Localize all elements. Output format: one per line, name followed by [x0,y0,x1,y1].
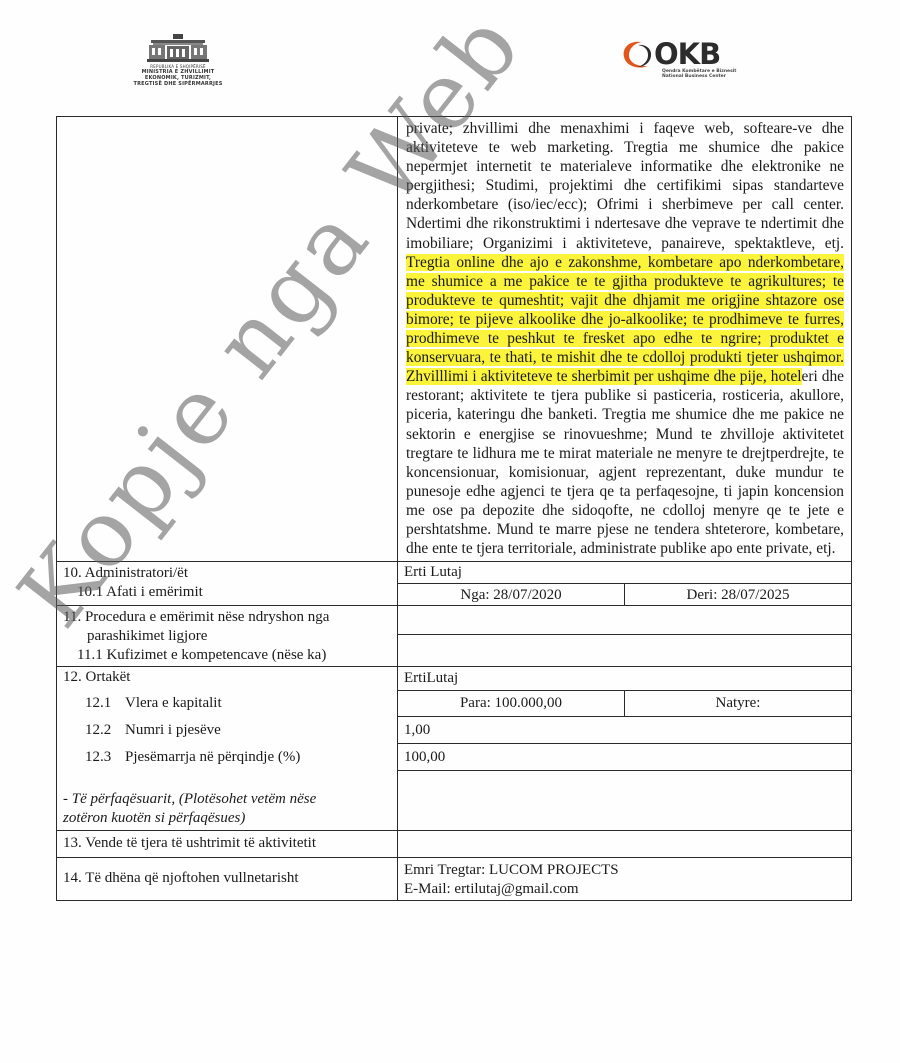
voluntary-data-label: 14. Të dhëna që njoftohen vullnetarisht [57,858,398,900]
appointment-procedure-row: 11. Procedura e emërimit nëse ndryshon n… [57,605,851,666]
email-value: E-Mail: ertilutaj@gmail.com [404,880,845,899]
object-description-label-cell [57,117,398,561]
administrator-name: Erti Lutaj [398,562,851,583]
term-to-date: Deri: 28/07/2025 [625,584,851,605]
shares-count-value: 1,00 [398,716,851,743]
other-places-label: 13. Vende të tjera të ushtrimit të aktiv… [57,831,398,857]
partner-name: ErtiLutaj [398,667,851,690]
other-places-value [398,831,851,857]
competence-limits-label: 11.1 Kufizimet e kompetencave (nëse ka) [63,646,393,665]
procedure-label: 11. Procedura e emërimit nëse ndryshon n… [63,608,393,627]
okb-swoosh-icon [620,39,656,71]
administrators-label: 10. Administratori/ët [63,562,393,583]
object-description-text: private; zhvillimi dhe menaxhimi i faqev… [398,117,851,561]
competence-limits-value [398,634,851,666]
appointment-term-label: 10.1 Afati i emërimit [63,583,393,603]
procedure-value [398,606,851,634]
term-from-date: Nga: 28/07/2020 [398,584,625,605]
capital-money-value: Para: 100.000,00 [398,691,625,716]
participation-percent-label: 12.3Pjesëmarrja në përqindje (%) [63,744,393,772]
other-places-row: 13. Vende të tjera të ushtrimit të aktiv… [57,830,851,857]
highlighted-text: Tregtia online dhe ajo e zakonshme, komb… [406,254,844,386]
government-building-icon [143,34,213,64]
administrators-row: 10. Administratori/ët 10.1 Afati i emëri… [57,561,851,605]
registration-extract-table: private; zhvillimi dhe menaxhimi i faqev… [56,116,852,901]
shares-count-label: 12.2Numri i pjesëve [63,717,393,744]
okb-logo: OKB Qendra Kombëtare e Biznesit National… [620,38,740,82]
ministry-logo: REPUBLIKA E SHQIPËRISË MINISTRIA E ZHVIL… [108,34,248,84]
voluntary-data-row: 14. Të dhëna që njoftohen vullnetarisht … [57,857,851,900]
object-description-row: private; zhvillimi dhe menaxhimi i faqev… [57,117,851,561]
partners-label: 12. Ortakët [63,668,393,690]
representatives-value [398,770,851,830]
representatives-label: - Të përfaqësuarit, (Plotësohet vetëm në… [63,772,393,830]
capital-value-label: 12.1Vlera e kapitalit [63,690,393,717]
capital-nature-value: Natyre: [625,691,851,716]
partners-row: 12. Ortakët 12.1Vlera e kapitalit 12.2Nu… [57,666,851,830]
trade-name-value: Emri Tregtar: LUCOM PROJECTS [404,861,845,880]
participation-percent-value: 100,00 [398,743,851,770]
